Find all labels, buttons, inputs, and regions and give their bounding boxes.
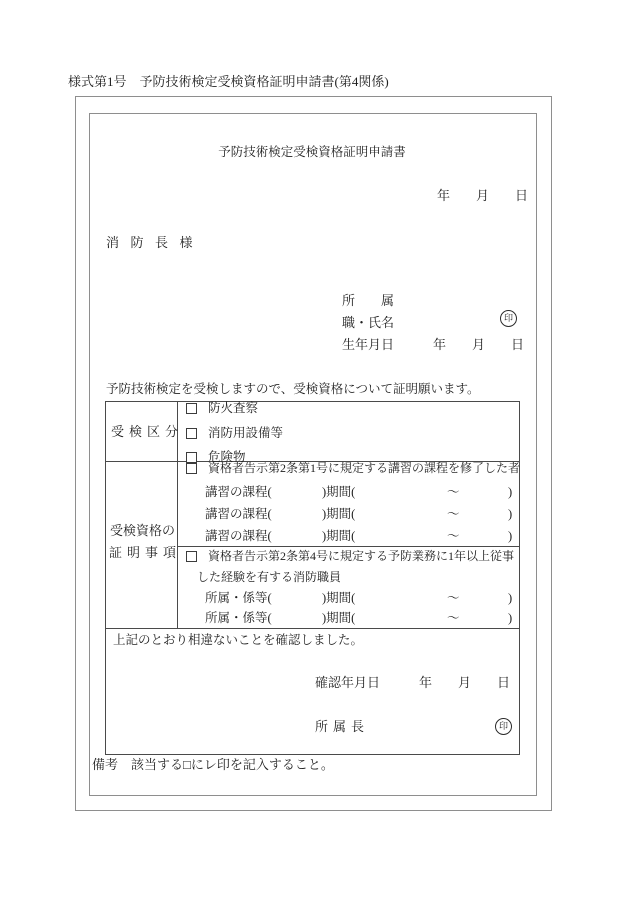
tilde-mark: ～	[447, 592, 460, 605]
period-blank-label: )期間(	[322, 486, 355, 499]
close-paren: )	[508, 486, 512, 499]
close-paren: )	[508, 612, 512, 625]
checkbox-experience[interactable]	[186, 551, 197, 562]
period-blank-label: )期間(	[322, 592, 355, 605]
addressee-fire-chief: 消防長様	[106, 236, 204, 249]
affiliation-chief-label: 所属長	[315, 720, 369, 733]
seal-character: 印	[499, 722, 508, 731]
tilde-mark: ～	[447, 486, 460, 499]
confirmation-sentence: 上記のとおり相違ないことを確認しました。	[113, 634, 363, 647]
experience-section-heading: 資格者告示第2条第4号に規定する予防業務に1年以上従事	[208, 550, 514, 562]
checkbox-hazardous-materials[interactable]	[186, 452, 197, 463]
form-title: 予防技術検定受検資格証明申請書	[89, 146, 535, 159]
tilde-mark: ～	[447, 508, 460, 521]
category-item-fire-equipment: 消防用設備等	[208, 427, 283, 440]
course-blank-label: 講習の課程(	[205, 486, 272, 499]
affiliation-blank-label: 所属・係等(	[205, 592, 272, 605]
cert-header-line1: 受検資格の	[110, 524, 175, 537]
category-header: 受検区分	[111, 425, 183, 438]
table-row-divider-3	[105, 628, 519, 629]
seal-character: 印	[504, 314, 513, 323]
tilde-mark: ～	[447, 530, 460, 543]
applicant-seal-icon: 印	[500, 310, 517, 327]
checkbox-course-completed[interactable]	[186, 463, 197, 474]
form-number-caption: 様式第1号 予防技術検定受検資格証明申請書(第4関係)	[68, 75, 389, 88]
checkbox-fire-equipment[interactable]	[186, 428, 197, 439]
course-blank-label: 講習の課程(	[205, 508, 272, 521]
confirmation-date-line: 確認年月日 年 月 日	[315, 676, 510, 689]
application-date-line: 年 月 日	[437, 189, 528, 202]
tilde-mark: ～	[447, 612, 460, 625]
affiliation-blank-label: 所属・係等(	[205, 612, 272, 625]
course-blank-label: 講習の課程(	[205, 530, 272, 543]
remarks-note: 備考 該当する□にレ印を記入すること。	[92, 758, 334, 771]
job-and-name-label: 職・氏名	[342, 316, 394, 329]
category-item-fire-inspection: 防火査察	[208, 402, 258, 415]
table-row-divider-2	[177, 546, 519, 547]
checkbox-fire-inspection[interactable]	[186, 403, 197, 414]
close-paren: )	[508, 530, 512, 543]
application-form-page: 様式第1号 予防技術検定受検資格証明申請書(第4関係) 予防技術検定受検資格証明…	[0, 0, 630, 903]
close-paren: )	[508, 508, 512, 521]
affiliation-label: 所 属	[342, 294, 394, 307]
experience-section-heading-continued: した経験を有する消防職員	[197, 571, 341, 583]
course-section-heading: 資格者告示第2条第1号に規定する講習の課程を修了した者	[208, 462, 520, 474]
close-paren: )	[508, 592, 512, 605]
request-sentence: 予防技術検定を受検しますので、受検資格について証明願います。	[106, 383, 480, 396]
chief-seal-icon: 印	[495, 718, 512, 735]
period-blank-label: )期間(	[322, 612, 355, 625]
cert-header-line2: 証明事項	[109, 546, 181, 559]
period-blank-label: )期間(	[322, 508, 355, 521]
period-blank-label: )期間(	[322, 530, 355, 543]
birthdate-line: 生年月日 年 月 日	[342, 338, 524, 351]
